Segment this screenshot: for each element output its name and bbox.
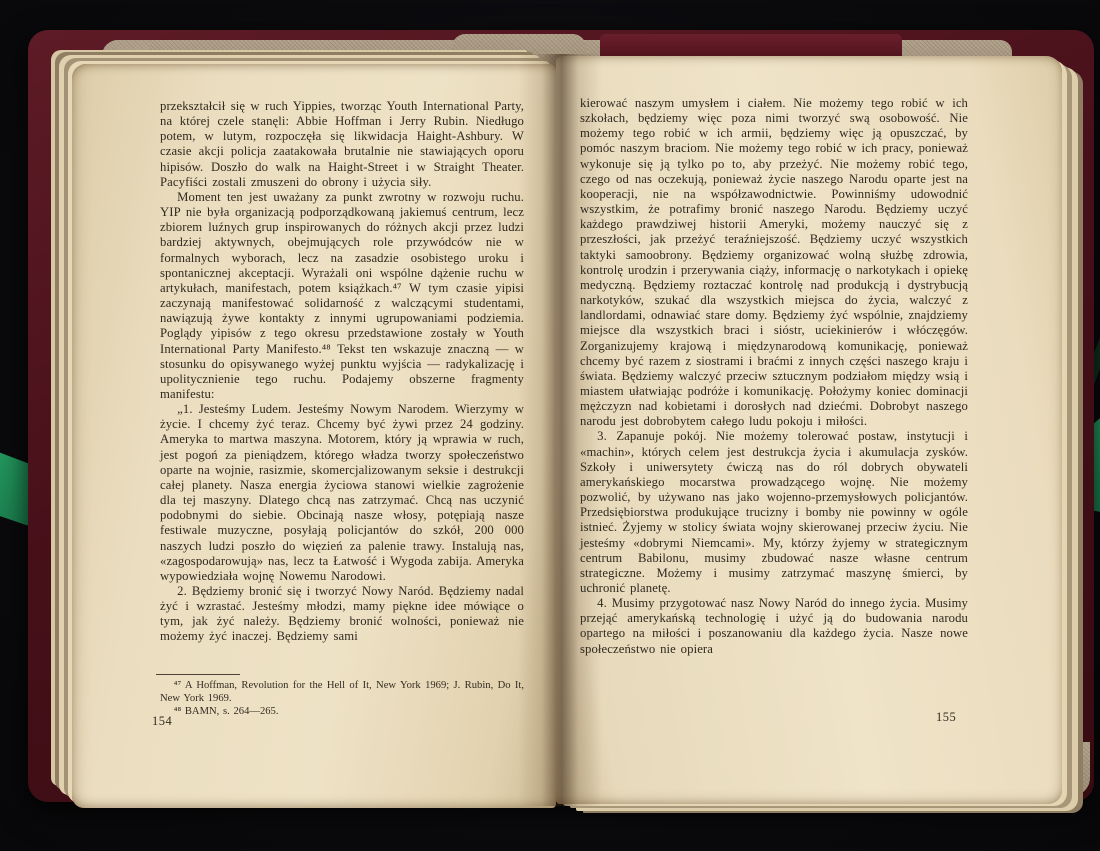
paragraph-continuation: przekształcił się w ruch Yippies, tworzą… bbox=[160, 99, 524, 190]
open-book-photo: przekształcił się w ruch Yippies, tworzą… bbox=[0, 0, 1100, 851]
paragraph: Moment ten jest uważany za punkt zwrotny… bbox=[160, 190, 524, 402]
manifesto-paragraph-1: „1. Jesteśmy Ludem. Jesteśmy Nowym Narod… bbox=[160, 402, 524, 584]
page-number-right: 155 bbox=[936, 710, 956, 725]
footnote-48: ⁴⁸ BAMN, s. 264—265. bbox=[160, 705, 524, 718]
footnote-47: ⁴⁷ A Hoffman, Revolution for the Hell of… bbox=[160, 679, 524, 705]
right-page-text-block: kierować naszym umysłem i ciałem. Nie mo… bbox=[580, 96, 968, 657]
left-page-footnotes: ⁴⁷ A Hoffman, Revolution for the Hell of… bbox=[160, 674, 524, 718]
manifesto-paragraph-2-continuation: kierować naszym umysłem i ciałem. Nie mo… bbox=[580, 96, 968, 429]
left-page-text-block: przekształcił się w ruch Yippies, tworzą… bbox=[160, 99, 524, 645]
manifesto-paragraph-4: 4. Musimy przygotować nasz Nowy Naród do… bbox=[580, 596, 968, 657]
page-number-left: 154 bbox=[152, 714, 172, 729]
footnote-separator-rule bbox=[156, 674, 240, 675]
manifesto-paragraph-3: 3. Zapanuje pokój. Nie możemy tolerować … bbox=[580, 429, 968, 596]
manifesto-paragraph-2: 2. Będziemy bronić się i tworzyć Nowy Na… bbox=[160, 584, 524, 645]
